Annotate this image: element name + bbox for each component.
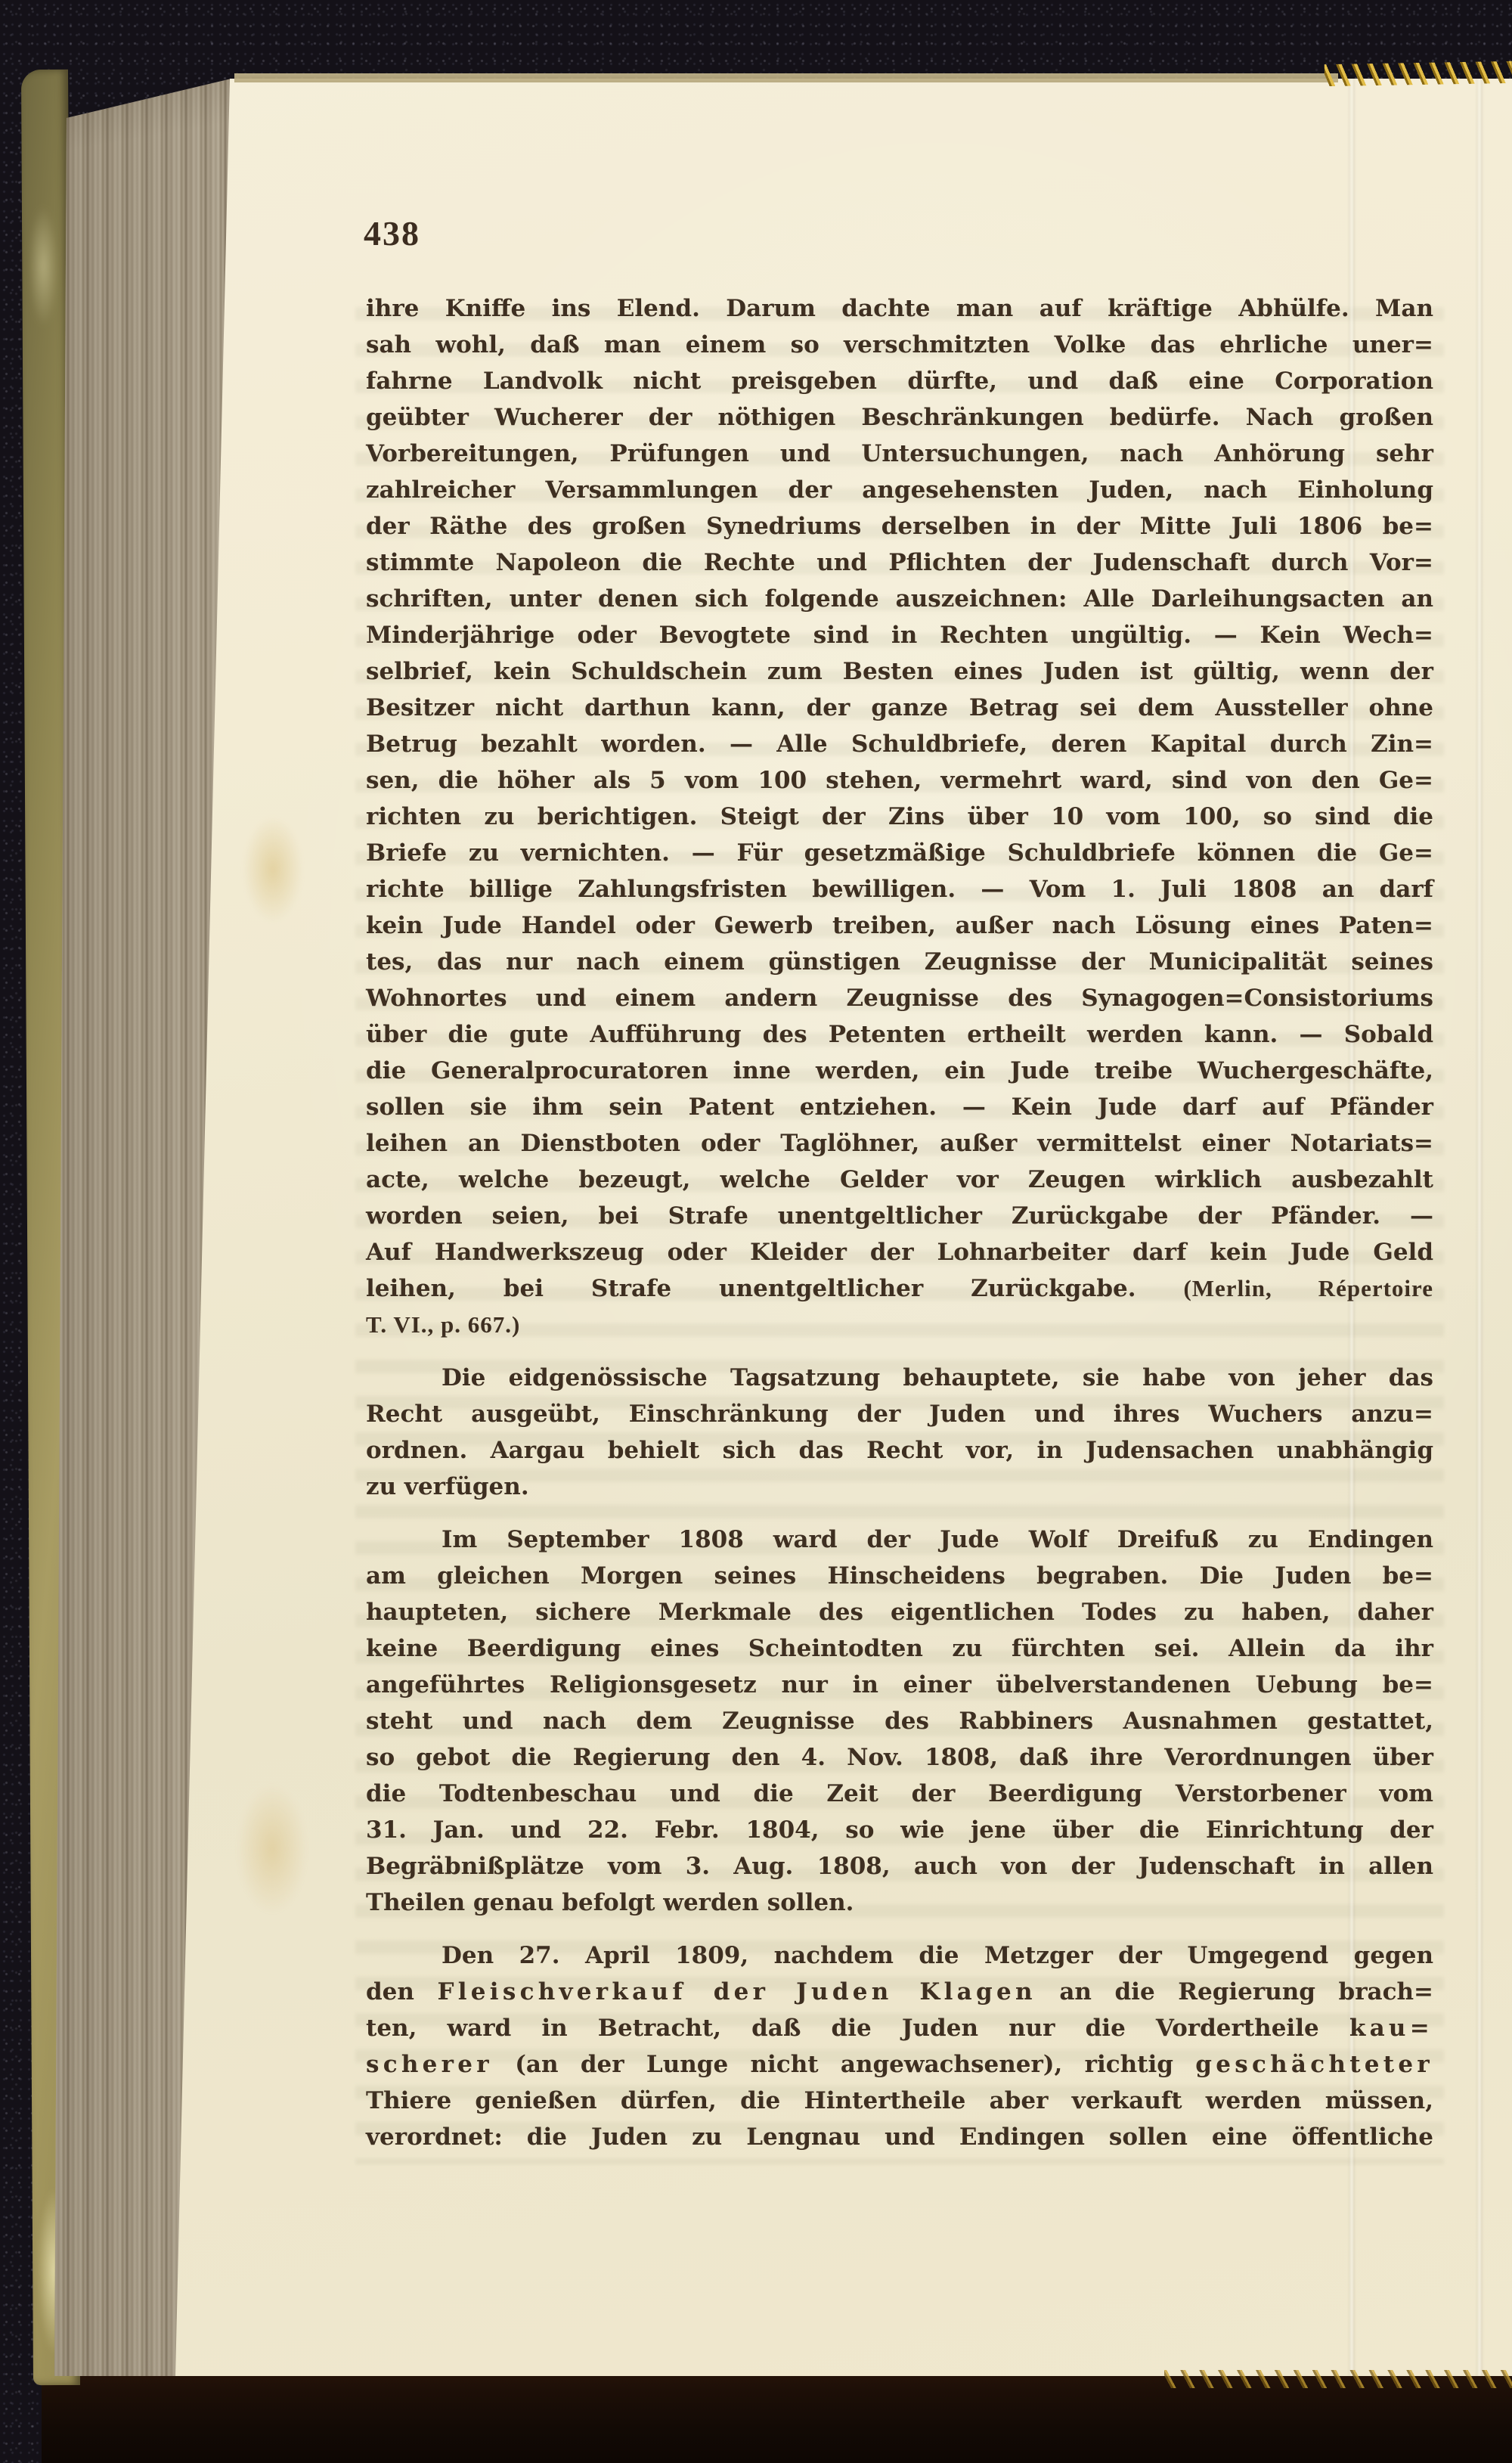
text-line: Die eidgenössische Tagsatzung behauptete…	[366, 1360, 1433, 1396]
text-segment: die Generalprocuratoren inne werden, ein…	[366, 1057, 1433, 1084]
text-line: Den 27. April 1809, nachdem die Metzger …	[366, 1937, 1433, 1974]
text-line: worden seien, bei Strafe unentgeltlicher…	[366, 1198, 1433, 1234]
text-segment: leihen, bei Strafe unentgeltlicher Zurüc…	[366, 1275, 1183, 1302]
paragraph: Die eidgenössische Tagsatzung behauptete…	[366, 1360, 1433, 1505]
text-line: steht und nach dem Zeugnisse des Rabbine…	[366, 1703, 1433, 1739]
text-segment-sperr: geschächteter	[1195, 2051, 1433, 2078]
text-line: Minderjährige oder Bevogtete sind in Rec…	[366, 617, 1433, 653]
book-page: 438 ihre Kniffe ins Elend. Darum dachte …	[0, 0, 1512, 2463]
text-line: fahrne Landvolk nicht preisgeben dürfte,…	[366, 363, 1433, 399]
text-line: 31. Jan. und 22. Febr. 1804, so wie jene…	[366, 1812, 1433, 1848]
text-segment: fahrne Landvolk nicht preisgeben dürfte,…	[366, 368, 1433, 395]
gilt-stitching-top	[1325, 61, 1512, 86]
text-segment: Minderjährige oder Bevogtete sind in Rec…	[366, 622, 1433, 649]
text-segment-antiqua: T. VI., p. 667.)	[366, 1311, 520, 1338]
text-segment: geübter Wucherer der nöthigen Beschränku…	[366, 404, 1433, 431]
text-segment: selbrief, kein Schuldschein zum Besten e…	[366, 658, 1433, 685]
text-line: ten, ward in Betracht, daß die Juden nur…	[366, 2010, 1433, 2046]
book-photo-scene: 438 ihre Kniffe ins Elend. Darum dachte …	[0, 0, 1512, 2463]
text-line: ihre Kniffe ins Elend. Darum dachte man …	[366, 290, 1433, 327]
text-line: keine Beerdigung eines Scheintodten zu f…	[366, 1630, 1433, 1667]
text-line: der Räthe des großen Synedriums derselbe…	[366, 508, 1433, 544]
text-line: tes, das nur nach einem günstigen Zeugni…	[366, 944, 1433, 980]
text-segment: 31. Jan. und 22. Febr. 1804, so wie jene…	[366, 1816, 1433, 1844]
gilt-stitching-bottom	[1164, 2370, 1512, 2388]
text-line: richten zu berichtigen. Steigt der Zins …	[366, 799, 1433, 835]
text-line: zu verfügen.	[366, 1469, 1433, 1505]
text-line: über die gute Aufführung des Petenten er…	[366, 1016, 1433, 1053]
text-line: Recht ausgeübt, Einschränkung der Juden …	[366, 1396, 1433, 1432]
page-crease	[1476, 79, 1483, 2376]
text-line: so gebot die Regierung den 4. Nov. 1808,…	[366, 1739, 1433, 1776]
text-segment: kein Jude Handel oder Gewerb treiben, au…	[366, 912, 1433, 939]
text-segment: richte billige Zahlungsfristen bewillige…	[366, 876, 1433, 903]
text-segment: der Räthe des großen Synedriums derselbe…	[366, 513, 1433, 540]
text-line: Im September 1808 ward der Jude Wolf Dre…	[366, 1522, 1433, 1558]
text-line: sen, die höher als 5 vom 100 stehen, ver…	[366, 762, 1433, 799]
text-segment-sperr: Fleischverkauf der Juden Klagen	[437, 1978, 1036, 2005]
text-line: den Fleischverkauf der Juden Klagen an d…	[366, 1974, 1433, 2010]
page-number: 438	[364, 213, 420, 253]
text-segment-sperr: scherer	[366, 2051, 493, 2078]
text-line: Begräbnißplätze vom 3. Aug. 1808, auch v…	[366, 1848, 1433, 1884]
paragraph: ihre Kniffe ins Elend. Darum dachte man …	[366, 290, 1433, 1343]
text-line: selbrief, kein Schuldschein zum Besten e…	[366, 653, 1433, 690]
text-line: die Todtenbeschau und die Zeit der Beerd…	[366, 1776, 1433, 1812]
text-segment: Den 27. April 1809, nachdem die Metzger …	[442, 1942, 1433, 1969]
text-line: Theilen genau befolgt werden sollen.	[366, 1884, 1433, 1921]
text-segment: Thiere genießen dürfen, die Hintertheile…	[366, 2087, 1433, 2114]
text-line: geübter Wucherer der nöthigen Beschränku…	[366, 399, 1433, 436]
text-segment: steht und nach dem Zeugnisse des Rabbine…	[366, 1708, 1433, 1735]
text-segment: keine Beerdigung eines Scheintodten zu f…	[366, 1635, 1433, 1662]
text-line: ordnen. Aargau behielt sich das Recht vo…	[366, 1432, 1433, 1469]
text-segment: den	[366, 1978, 437, 2005]
text-segment: tes, das nur nach einem günstigen Zeugni…	[366, 948, 1433, 976]
text-segment: haupteten, sichere Merkmale des eigentli…	[366, 1599, 1433, 1626]
text-segment-sperr: kau=	[1349, 2015, 1433, 2042]
text-line: kein Jude Handel oder Gewerb treiben, au…	[366, 907, 1433, 944]
text-segment: sen, die höher als 5 vom 100 stehen, ver…	[366, 767, 1433, 794]
text-line: Auf Handwerkszeug oder Kleider der Lohna…	[366, 1234, 1433, 1270]
text-segment: Vorbereitungen, Prüfungen und Untersuchu…	[366, 440, 1433, 467]
text-segment: Betrug bezahlt worden. — Alle Schuldbrie…	[366, 731, 1433, 758]
text-line: verordnet: die Juden zu Lengnau und Endi…	[366, 2119, 1433, 2155]
text-segment: acte, welche bezeugt, welche Gelder vor …	[366, 1166, 1433, 1193]
text-line: stimmte Napoleon die Rechte und Pflichte…	[366, 544, 1433, 581]
text-segment: (an der Lunge nicht angewachsener), rich…	[493, 2051, 1195, 2078]
text-block: ihre Kniffe ins Elend. Darum dachte man …	[366, 290, 1433, 2155]
text-line: Vorbereitungen, Prüfungen und Untersuchu…	[366, 436, 1433, 472]
cover-shine	[28, 206, 59, 327]
text-line: haupteten, sichere Merkmale des eigentli…	[366, 1594, 1433, 1630]
text-line: Thiere genießen dürfen, die Hintertheile…	[366, 2083, 1433, 2119]
text-segment: ihre Kniffe ins Elend. Darum dachte man …	[366, 295, 1433, 322]
text-segment: sah wohl, daß man einem so verschmitzten…	[366, 331, 1433, 358]
text-line: Briefe zu vernichten. — Für gesetzmäßige…	[366, 835, 1433, 871]
text-line: richte billige Zahlungsfristen bewillige…	[366, 871, 1433, 907]
text-line: scherer (an der Lunge nicht angewachsene…	[366, 2046, 1433, 2083]
text-segment: richten zu berichtigen. Steigt der Zins …	[366, 803, 1433, 830]
text-line: leihen, bei Strafe unentgeltlicher Zurüc…	[366, 1270, 1433, 1307]
text-segment: stimmte Napoleon die Rechte und Pflichte…	[366, 549, 1433, 576]
text-segment: so gebot die Regierung den 4. Nov. 1808,…	[366, 1744, 1433, 1771]
text-segment: Theilen genau befolgt werden sollen.	[366, 1889, 854, 1916]
paper-stain	[237, 1785, 307, 1913]
text-segment: Briefe zu vernichten. — Für gesetzmäßige…	[366, 839, 1433, 867]
text-segment: Wohnortes und einem andern Zeugnisse des…	[366, 985, 1433, 1012]
text-segment: sollen sie ihm sein Patent entziehen. — …	[366, 1093, 1433, 1121]
paragraph: Im September 1808 ward der Jude Wolf Dre…	[366, 1522, 1433, 1921]
text-line: leihen an Dienstboten oder Taglöhner, au…	[366, 1125, 1433, 1162]
text-segment: Auf Handwerkszeug oder Kleider der Lohna…	[366, 1239, 1433, 1266]
text-segment: über die gute Aufführung des Petenten er…	[366, 1021, 1433, 1048]
text-line: acte, welche bezeugt, welche Gelder vor …	[366, 1162, 1433, 1198]
text-segment: angeführtes Religionsgesetz nur in einer…	[366, 1671, 1433, 1698]
text-line: sah wohl, daß man einem so verschmitzten…	[366, 327, 1433, 363]
text-segment: leihen an Dienstboten oder Taglöhner, au…	[366, 1130, 1433, 1157]
paragraph: Den 27. April 1809, nachdem die Metzger …	[366, 1937, 1433, 2155]
text-segment: die Todtenbeschau und die Zeit der Beerd…	[366, 1780, 1433, 1807]
text-segment: verordnet: die Juden zu Lengnau und Endi…	[366, 2123, 1433, 2151]
text-segment-antiqua: (Merlin, Répertoire	[1183, 1275, 1433, 1301]
text-segment: zahlreicher Versammlungen der angesehens…	[366, 476, 1433, 504]
text-line: Wohnortes und einem andern Zeugnisse des…	[366, 980, 1433, 1016]
text-segment: zu verfügen.	[366, 1473, 529, 1500]
text-line: schriften, unter denen sich folgende aus…	[366, 581, 1433, 617]
text-line: sollen sie ihm sein Patent entziehen. — …	[366, 1089, 1433, 1125]
text-segment: worden seien, bei Strafe unentgeltlicher…	[366, 1202, 1433, 1230]
paper-stain	[243, 817, 302, 923]
text-segment: Begräbnißplätze vom 3. Aug. 1808, auch v…	[366, 1853, 1433, 1880]
text-segment: schriften, unter denen sich folgende aus…	[366, 585, 1433, 613]
text-line: T. VI., p. 667.)	[366, 1307, 1433, 1343]
text-segment: an die Regierung brach=	[1036, 1978, 1433, 2005]
text-segment: Die eidgenössische Tagsatzung behauptete…	[442, 1364, 1433, 1391]
text-segment: Besitzer nicht darthun kann, der ganze B…	[366, 694, 1433, 721]
text-line: Besitzer nicht darthun kann, der ganze B…	[366, 690, 1433, 726]
text-line: am gleichen Morgen seines Hinscheidens b…	[366, 1558, 1433, 1594]
text-segment: am gleichen Morgen seines Hinscheidens b…	[366, 1562, 1433, 1590]
text-line: Betrug bezahlt worden. — Alle Schuldbrie…	[366, 726, 1433, 762]
text-segment: ten, ward in Betracht, daß die Juden nur…	[366, 2015, 1349, 2042]
text-segment: Im September 1808 ward der Jude Wolf Dre…	[442, 1526, 1433, 1553]
text-line: die Generalprocuratoren inne werden, ein…	[366, 1053, 1433, 1089]
text-segment: Recht ausgeübt, Einschränkung der Juden …	[366, 1401, 1433, 1428]
text-segment: ordnen. Aargau behielt sich das Recht vo…	[366, 1437, 1433, 1464]
text-line: angeführtes Religionsgesetz nur in einer…	[366, 1667, 1433, 1703]
text-line: zahlreicher Versammlungen der angesehens…	[366, 472, 1433, 508]
page-block-top-edge	[234, 73, 1338, 82]
